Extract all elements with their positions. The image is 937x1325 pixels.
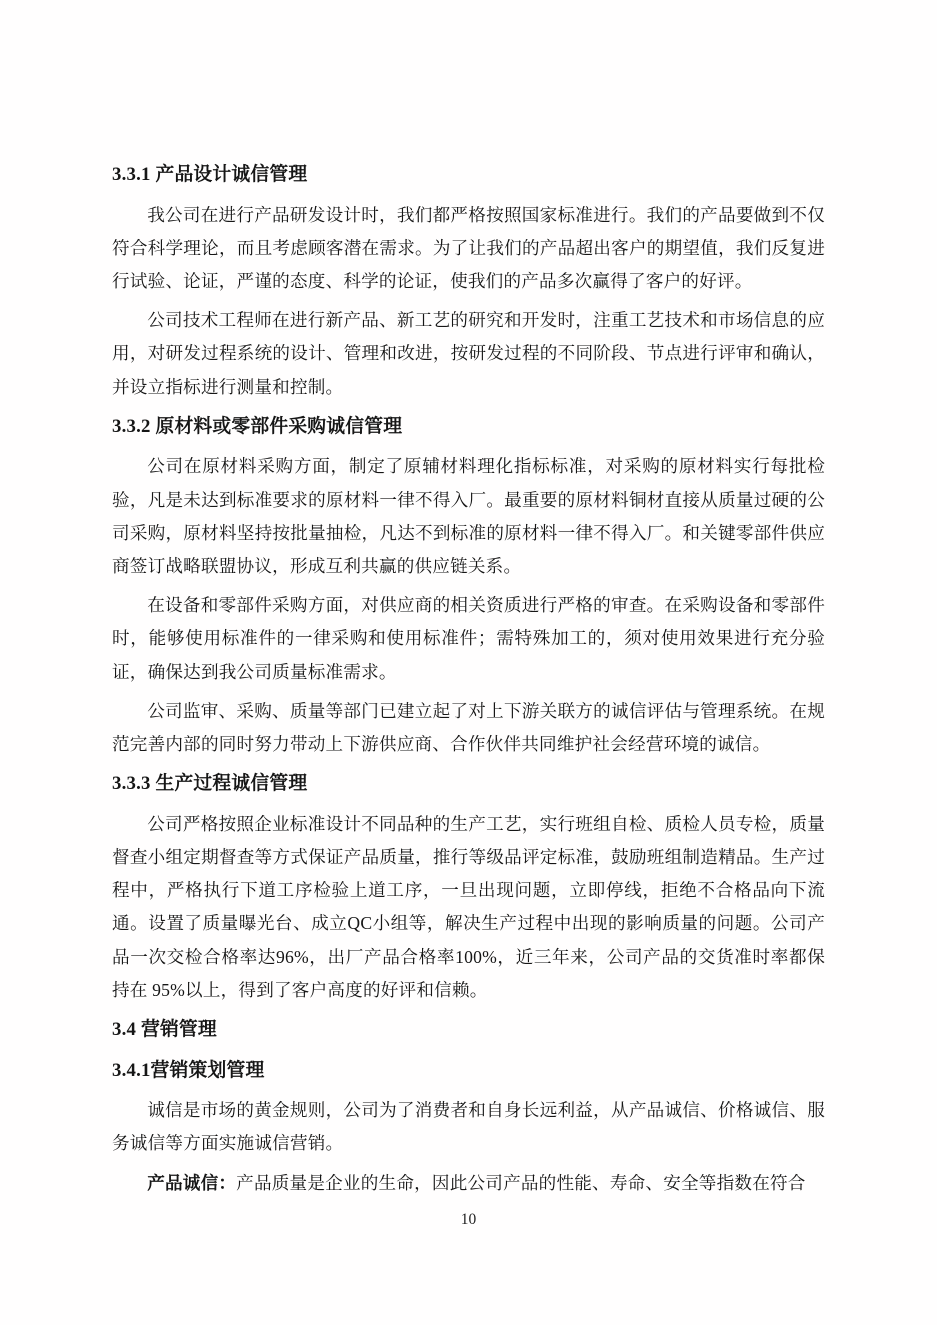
page-number: 10 bbox=[112, 1210, 825, 1230]
paragraph-lead-bold: 产品诚信： bbox=[147, 1173, 236, 1193]
paragraph-marketing-planning: 诚信是市场的黄金规则，公司为了消费者和自身长远利益，从产品诚信、价格诚信、服务诚… bbox=[112, 1094, 825, 1160]
heading-3-3-3: 3.3.3 生产过程诚信管理 bbox=[112, 767, 825, 801]
paragraph-product-integrity: 产品诚信：产品质量是企业的生命，因此公司产品的性能、寿命、安全等指数在符合 bbox=[112, 1167, 825, 1200]
heading-3-4: 3.4 营销管理 bbox=[112, 1013, 825, 1047]
heading-3-4-1: 3.4.1营销策划管理 bbox=[112, 1054, 825, 1088]
document-page: 3.3.1 产品设计诚信管理 我公司在进行产品研发设计时，我们都严格按照国家标准… bbox=[0, 0, 937, 1325]
heading-3-3-1: 3.3.1 产品设计诚信管理 bbox=[112, 158, 825, 192]
paragraph-raw-material-3: 公司监审、采购、质量等部门已建立起了对上下游关联方的诚信评估与管理系统。在规范完… bbox=[112, 695, 825, 761]
paragraph-production-process: 公司严格按照企业标准设计不同品种的生产工艺，实行班组自检、质检人员专检，质量督查… bbox=[112, 808, 825, 1007]
paragraph-product-design-1: 我公司在进行产品研发设计时，我们都严格按照国家标准进行。我们的产品要做到不仅符合… bbox=[112, 199, 825, 299]
paragraph-lead-rest: 产品质量是企业的生命，因此公司产品的性能、寿命、安全等指数在符合 bbox=[236, 1173, 805, 1193]
paragraph-raw-material-1: 公司在原材料采购方面，制定了原辅材料理化指标标准，对采购的原材料实行每批检验，凡… bbox=[112, 450, 825, 583]
paragraph-product-design-2: 公司技术工程师在进行新产品、新工艺的研究和开发时，注重工艺技术和市场信息的应用，… bbox=[112, 304, 825, 404]
heading-3-3-2: 3.3.2 原材料或零部件采购诚信管理 bbox=[112, 410, 825, 444]
paragraph-raw-material-2: 在设备和零部件采购方面，对供应商的相关资质进行严格的审查。在采购设备和零部件时，… bbox=[112, 589, 825, 689]
